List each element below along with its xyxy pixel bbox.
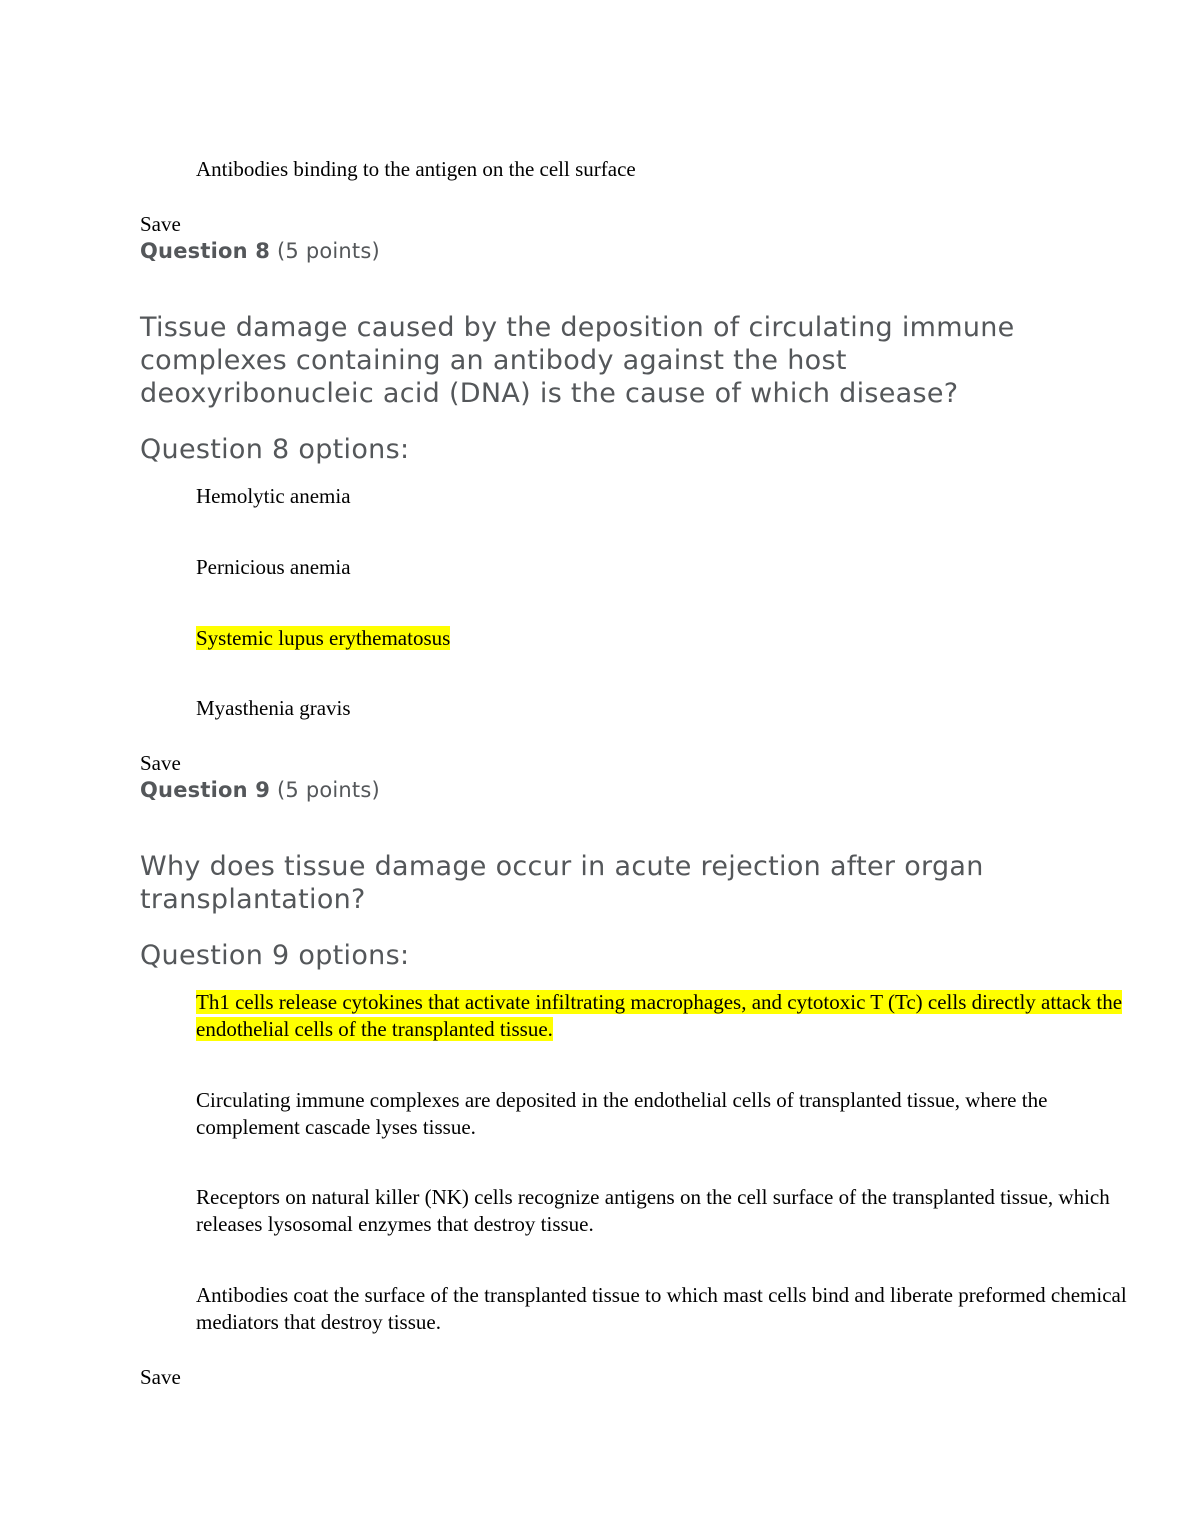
option-q8-4[interactable]: Myasthenia gravis [196, 695, 1156, 722]
question-title: Question 9 [140, 778, 270, 802]
question-points: (5 points) [277, 778, 380, 802]
question-8-text: Tissue damage caused by the deposition o… [140, 311, 1040, 410]
question-8-header: Question 8 (5 points) [140, 238, 380, 264]
option-text: Antibodies coat the surface of the trans… [196, 1283, 1127, 1334]
save-button-q9[interactable]: Save [140, 1364, 181, 1391]
question-9-text: Why does tissue damage occur in acute re… [140, 850, 1040, 916]
option-q9-1[interactable]: Th1 cells release cytokines that activat… [196, 989, 1156, 1043]
question-8-options-label: Question 8 options: [140, 433, 409, 466]
option-text: Circulating immune complexes are deposit… [196, 1088, 1047, 1139]
question-9-options-label: Question 9 options: [140, 939, 409, 972]
option-q8-1[interactable]: Hemolytic anemia [196, 483, 1156, 510]
option-q9-2[interactable]: Circulating immune complexes are deposit… [196, 1087, 1156, 1141]
question-title: Question 8 [140, 239, 270, 263]
question-9-header: Question 9 (5 points) [140, 777, 380, 803]
question-points: (5 points) [277, 239, 380, 263]
option-prev-q7-4[interactable]: Antibodies binding to the antigen on the… [196, 156, 1156, 183]
option-q9-4[interactable]: Antibodies coat the surface of the trans… [196, 1282, 1156, 1336]
option-text: Receptors on natural killer (NK) cells r… [196, 1185, 1110, 1236]
option-q8-2[interactable]: Pernicious anemia [196, 554, 1156, 581]
option-text: Hemolytic anemia [196, 484, 351, 508]
option-text-highlighted: Th1 cells release cytokines that activat… [196, 990, 1122, 1041]
option-q9-3[interactable]: Receptors on natural killer (NK) cells r… [196, 1184, 1156, 1238]
option-text: Myasthenia gravis [196, 696, 351, 720]
option-text-highlighted: Systemic lupus erythematosus [196, 626, 450, 650]
option-text: Antibodies binding to the antigen on the… [196, 157, 636, 181]
save-button-q7[interactable]: Save [140, 211, 181, 238]
option-text: Pernicious anemia [196, 555, 351, 579]
option-q8-3[interactable]: Systemic lupus erythematosus [196, 625, 1156, 652]
save-button-q8[interactable]: Save [140, 750, 181, 777]
